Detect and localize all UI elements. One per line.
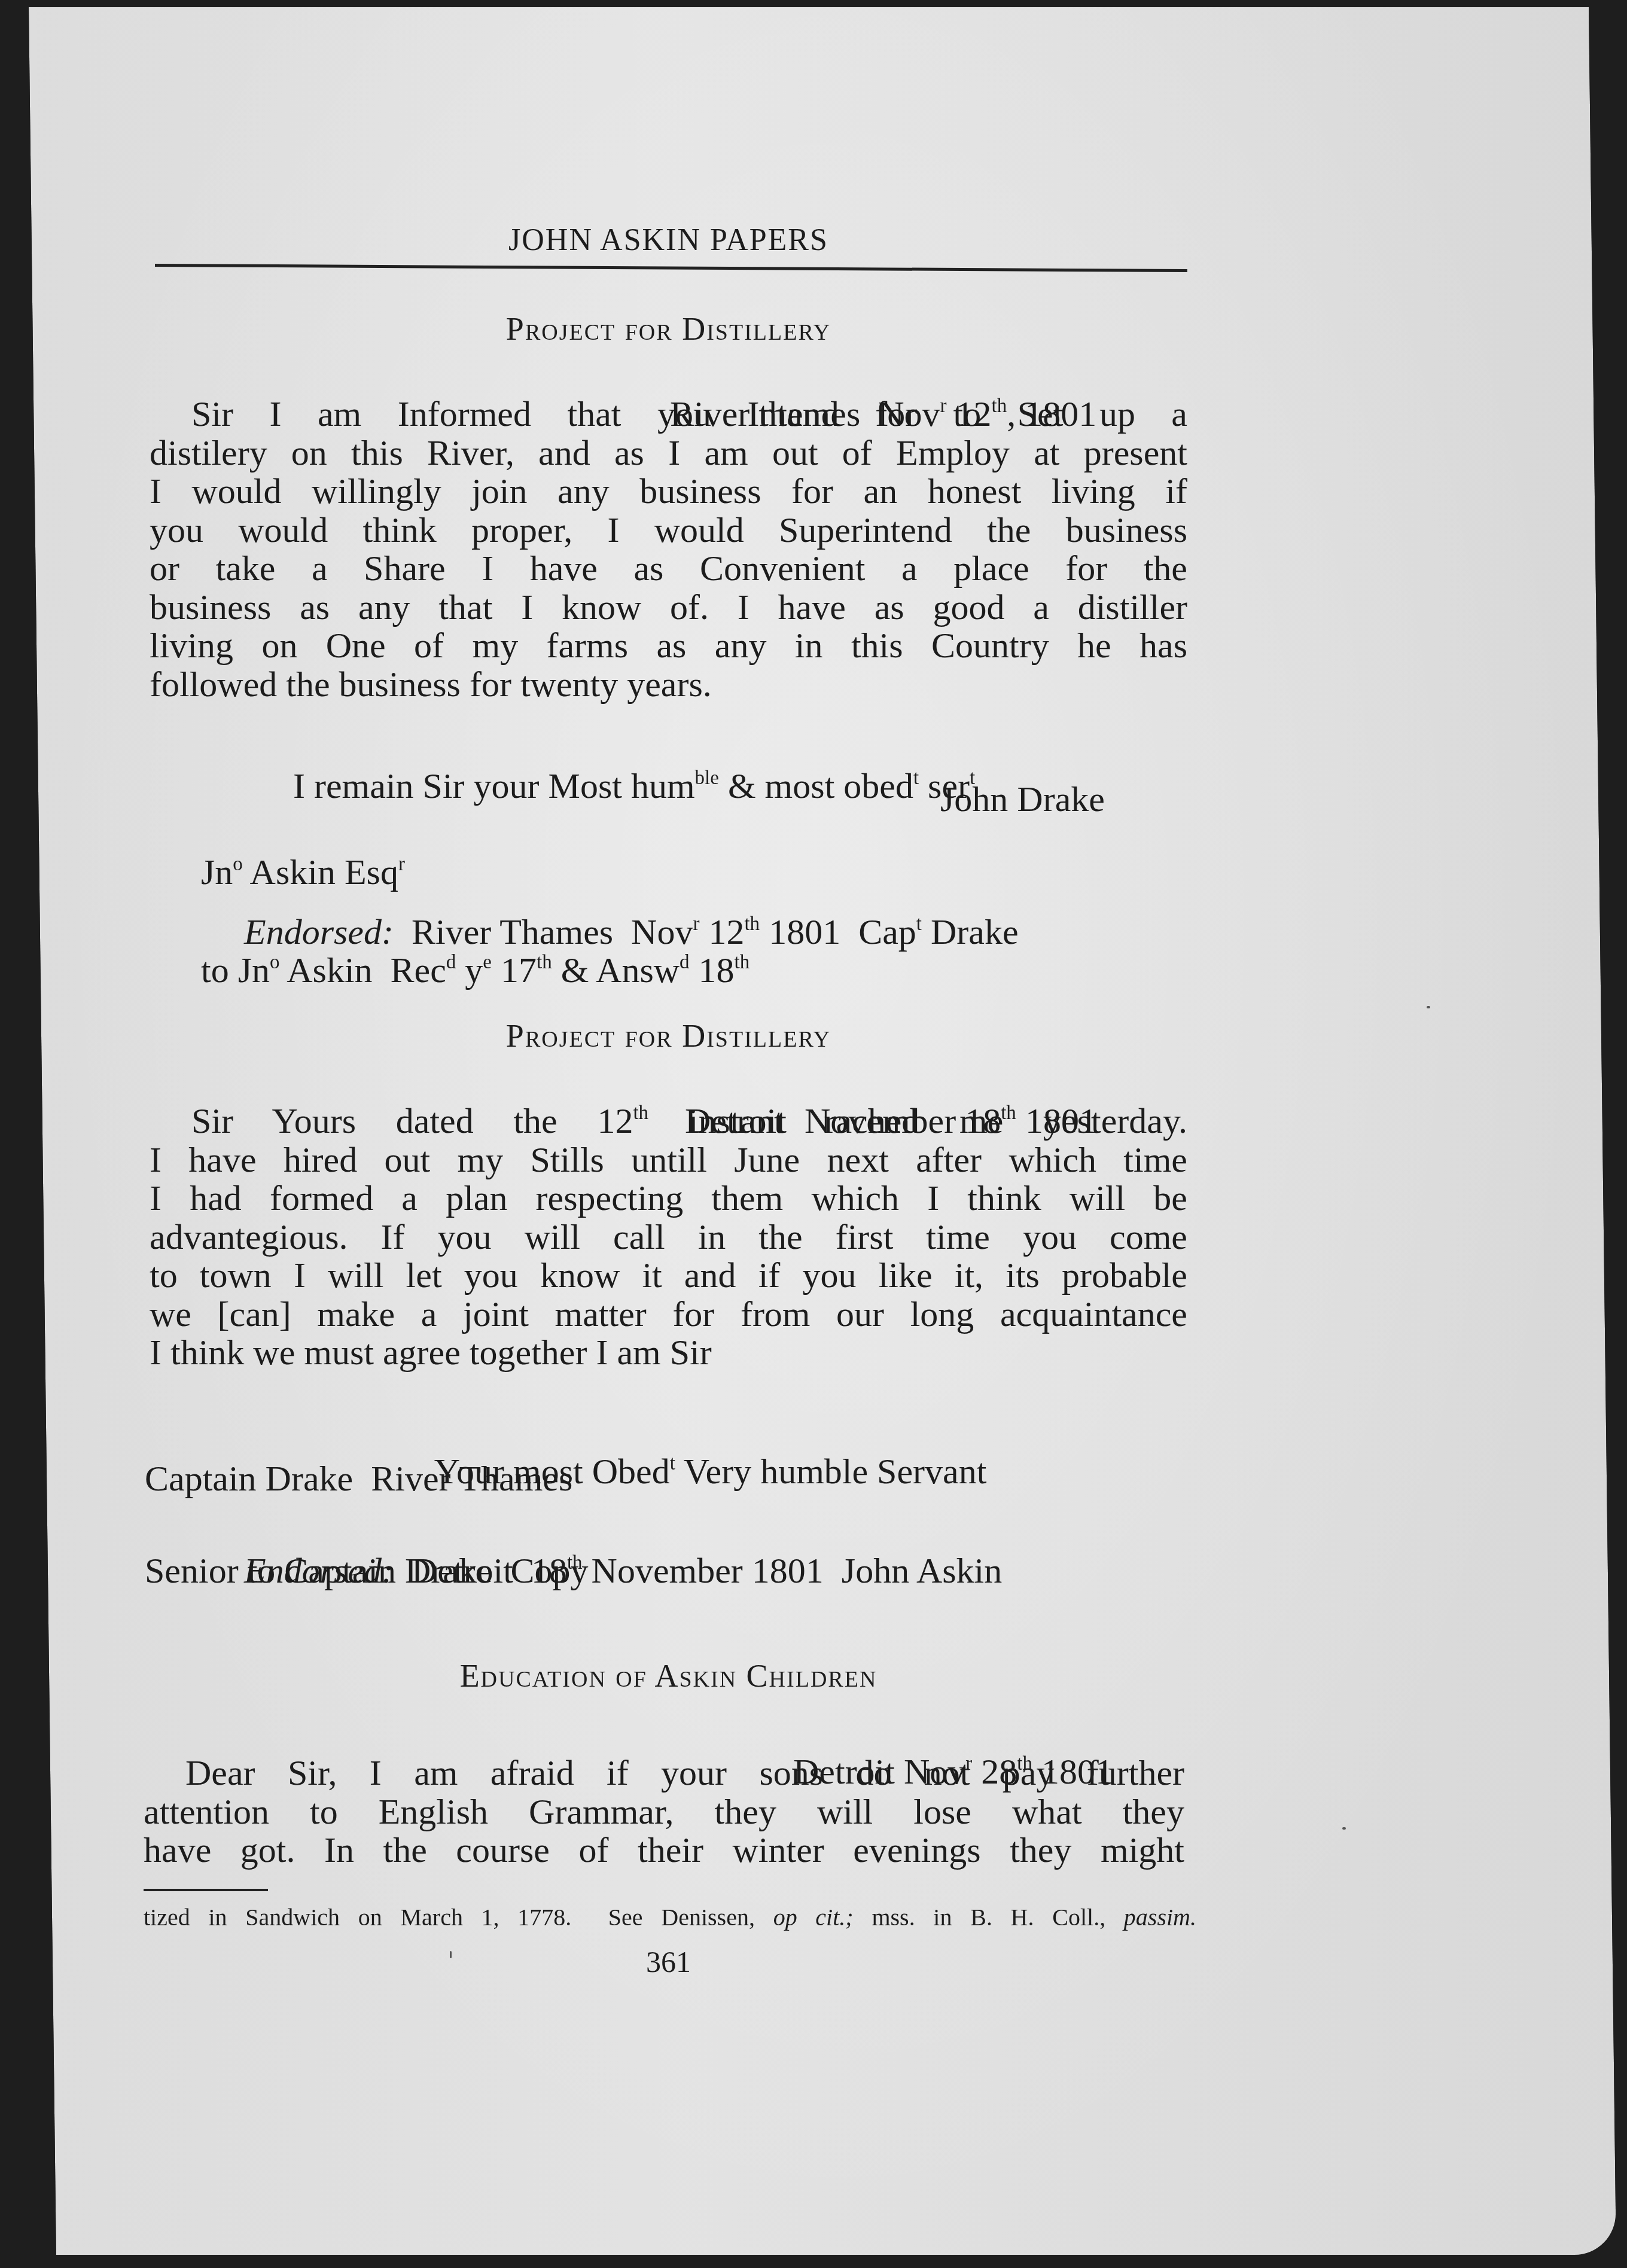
body-line: I had formed a plan respecting them whic… [150, 1179, 1187, 1218]
body-line: Dear Sir, I am afraid if your sons do no… [144, 1754, 1184, 1793]
body-line: attention to English Grammar, they will … [144, 1793, 1184, 1831]
body-line: Sir I am Informed that you Intend for to… [150, 395, 1187, 434]
letter-1-body: Sir I am Informed that you Intend for to… [150, 395, 1187, 703]
endorsement-sup: t [916, 913, 922, 935]
endorsement-sup: th [735, 952, 750, 973]
closing-text: & most obed [719, 766, 913, 806]
body-line: living on One of my farms as any in this… [150, 626, 1187, 665]
endorsement-text: 18 [690, 950, 735, 990]
scanned-page: JOHN ASKIN PAPERS Project for Distillery… [0, 0, 1627, 2268]
body-line: I think we must agree together I am Sir [150, 1333, 1187, 1372]
footnote-italic: passim. [1124, 1904, 1196, 1931]
body-text: instant rached me yesterday. [648, 1101, 1187, 1141]
footnote: tized in Sandwich on March 1, 1778. See … [144, 1903, 1196, 1932]
endorsement-sup: e [483, 952, 492, 973]
endorsement-sup: o [270, 952, 280, 973]
scan-speck [450, 1951, 452, 1958]
body-line: advantegious. If you will call in the fi… [150, 1218, 1187, 1257]
body-line: I have hired out my Stills untill June n… [150, 1141, 1187, 1179]
running-head: JOHN ASKIN PAPERS [150, 222, 1187, 258]
footnote-text: tized in Sandwich on March 1, 1778. See … [144, 1904, 773, 1931]
body-line: Sir Yours dated the 12th instant rached … [150, 1102, 1187, 1141]
endorsement-text: Askin Rec [280, 950, 446, 990]
page-content: JOHN ASKIN PAPERS Project for Distillery… [0, 0, 1627, 2268]
endorsement-2-line-2: Senior to Captain Drake Copy [145, 1551, 589, 1590]
endorsement-sup: d [446, 952, 456, 973]
endorsement-1-line-2: to Jno Askin Recd ye 17th & Answd 18th [147, 913, 749, 1028]
endorsement-text: November 1801 John Askin [583, 1551, 1003, 1590]
footnote-italic: op cit.; [773, 1904, 854, 1931]
body-line: have got. In the course of their winter … [144, 1831, 1184, 1870]
addressee-2: Captain Drake River Thames [145, 1459, 572, 1498]
section-title-3: Education of Askin Children [150, 1658, 1187, 1694]
footnote-rule [144, 1889, 268, 1891]
header-rule [155, 264, 1187, 272]
footnote-text: mss. in B. H. Coll., [854, 1904, 1124, 1931]
body-line: we [can] make a joint matter for from ou… [150, 1295, 1187, 1334]
body-line: or take a Share I have as Convenient a p… [150, 549, 1187, 588]
section-title-1: Project for Distillery [150, 311, 1187, 347]
endorsement-text: 17 [492, 950, 537, 990]
closing-sup: ble [695, 767, 719, 789]
closing-sup: t [670, 1453, 675, 1474]
endorsement-text: & Answ [552, 950, 680, 990]
closing-text: Very humble Servant [675, 1452, 986, 1491]
body-line: business as any that I know of. I have a… [150, 588, 1187, 627]
closing-sup: t [913, 767, 919, 789]
body-line: you would think proper, I would Superint… [150, 511, 1187, 550]
section-title-2: Project for Distillery [150, 1018, 1187, 1054]
body-sup: th [633, 1102, 648, 1124]
endorsement-text: to Jn [201, 950, 270, 990]
addressee-sup: o [233, 853, 243, 875]
endorsement-sup: d [680, 952, 690, 973]
body-line: distilery on this River, and as I am out… [150, 434, 1187, 472]
endorsement-text: y [456, 950, 483, 990]
endorsement-text: Drake [922, 912, 1019, 952]
endorsement-sup: th [537, 952, 552, 973]
body-text: Sir Yours dated the 12 [191, 1101, 633, 1141]
signature-1: John Drake [940, 780, 1105, 818]
body-line: followed the business for twenty years. [150, 665, 1187, 704]
body-line: to town I will let you know it and if yo… [150, 1256, 1187, 1295]
addressee-sup: r [398, 853, 405, 875]
scan-speck [1342, 1827, 1346, 1830]
endorsement-text: 1801 Cap [760, 912, 916, 952]
closing-text: I remain Sir your Most hum [293, 766, 695, 806]
letter-2-body: Sir Yours dated the 12th instant rached … [150, 1102, 1187, 1372]
letter-3-body: Dear Sir, I am afraid if your sons do no… [144, 1754, 1184, 1870]
body-line: I would willingly join any business for … [150, 472, 1187, 511]
page-number: 361 [150, 1945, 1187, 1979]
scan-speck [1427, 1006, 1430, 1008]
